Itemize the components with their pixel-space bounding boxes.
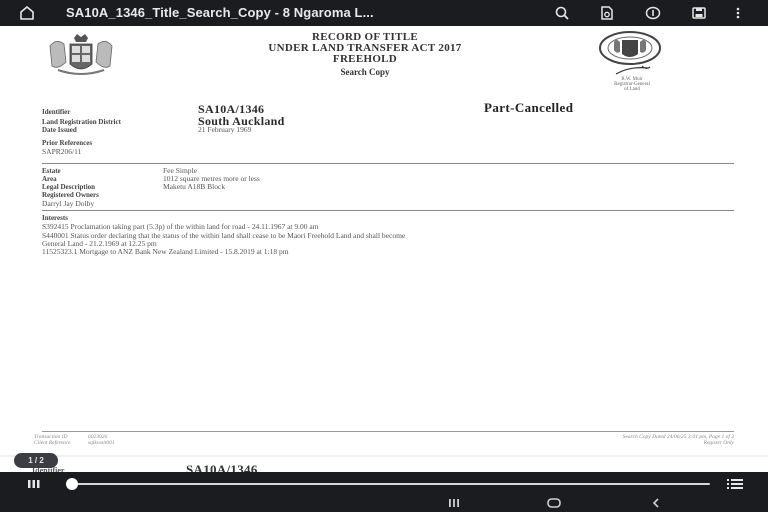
save-icon[interactable] — [691, 5, 707, 21]
prior-references-label: Prior References — [42, 139, 92, 147]
page-break — [0, 455, 768, 457]
identifier-label: Identifier — [42, 108, 70, 116]
screenshot-save-icon[interactable] — [599, 5, 615, 21]
pdf-page-view[interactable]: RECORD OF TITLE UNDER LAND TRANSFER ACT … — [0, 26, 768, 472]
home-nav-icon[interactable] — [545, 496, 563, 510]
document-title: SA10A_1346_Title_Search_Copy - 8 Ngaroma… — [66, 5, 374, 20]
page2-identifier-value: SA10A/1346 — [186, 462, 258, 472]
page-indicator: 1 / 2 — [14, 453, 58, 468]
header-freehold: FREEHOLD — [190, 54, 540, 65]
page-scroll-track[interactable] — [70, 483, 710, 485]
search-icon[interactable] — [554, 5, 570, 21]
legal-description-label: Legal Description — [42, 183, 95, 191]
interest-line: S392415 Proclamation taking part (5.3p) … — [42, 222, 319, 231]
date-issued-label: Date Issued — [42, 126, 77, 134]
record-of-title-document: RECORD OF TITLE UNDER LAND TRANSFER ACT … — [0, 26, 768, 472]
page-scrubber-bar — [0, 472, 768, 494]
interests-heading: Interests — [42, 214, 68, 222]
district-label: Land Registration District — [42, 118, 121, 126]
registered-owners-value: Darryl Jay Dolby — [42, 199, 94, 208]
divider — [42, 210, 734, 211]
interest-line: 11525323.1 Mortgage to ANZ Bank New Zeal… — [42, 247, 289, 256]
svg-text:of Land: of Land — [624, 87, 640, 92]
footer-divider — [42, 431, 734, 432]
app-top-bar: SA10A_1346_Title_Search_Copy - 8 Ngaroma… — [0, 0, 768, 26]
system-navigation-bar — [0, 494, 768, 512]
document-header: RECORD OF TITLE UNDER LAND TRANSFER ACT … — [190, 32, 540, 79]
home-icon[interactable] — [18, 4, 36, 22]
client-reference-value: sqlkwait001 — [88, 440, 115, 446]
more-options-icon[interactable] — [730, 5, 746, 21]
register-only: Register Only — [704, 440, 734, 446]
area-label: Area — [42, 175, 57, 183]
page-scroll-thumb[interactable] — [66, 478, 78, 490]
prior-references-value: SAPR206/11 — [42, 147, 81, 156]
registrar-seal-icon: R.W. Muir Registrar-General of Land — [594, 30, 690, 92]
header-search-copy: Search Copy — [190, 65, 540, 79]
estate-label: Estate — [42, 167, 61, 175]
back-icon[interactable] — [649, 496, 663, 510]
outline-list-icon[interactable] — [726, 478, 744, 490]
legal-description-value: Maketu A18B Block — [163, 182, 225, 191]
coat-of-arms-icon — [44, 32, 118, 78]
recent-apps-icon[interactable] — [446, 496, 462, 510]
client-reference-label: Client Reference — [34, 440, 71, 446]
divider — [42, 163, 734, 164]
info-icon[interactable] — [645, 5, 661, 21]
registered-owners-label: Registered Owners — [42, 191, 99, 199]
thumbnail-grid-icon[interactable] — [27, 479, 41, 489]
status-badge: Part-Cancelled — [484, 100, 573, 116]
date-issued-value: 21 February 1969 — [198, 125, 251, 134]
